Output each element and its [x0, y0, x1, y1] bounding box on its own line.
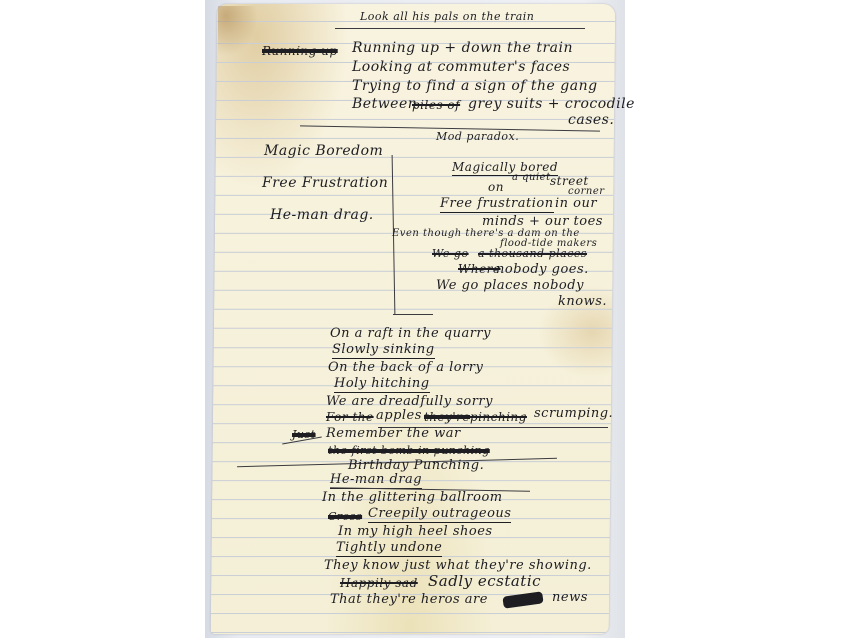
lyric-line: That they're heros are	[330, 592, 488, 607]
section-label: Mod paradox.	[436, 130, 519, 143]
lyric-line: Birthday Punching.	[348, 458, 484, 473]
lyric-line: nobody goes.	[496, 262, 589, 277]
heading-magic-boredom: Magic Boredom	[264, 143, 383, 159]
lyric-line: on	[488, 180, 504, 194]
lyric-line: Running up + down the train	[352, 40, 573, 56]
crossed-out-word: Cross	[328, 510, 362, 523]
crossed-out-word: Where	[458, 262, 501, 276]
lyric-line: We go places nobody	[436, 278, 584, 293]
lyric-line: knows.	[558, 294, 607, 309]
crossed-out-line: the first bomb in punching	[328, 444, 490, 457]
lyric-insert: a quiet	[512, 172, 551, 183]
lyric-line: cases.	[568, 112, 614, 128]
lyric-line: They know just what they're showing.	[324, 558, 592, 573]
lyric-word: apples	[376, 408, 422, 423]
lyric-line: Sadly ecstatic	[428, 572, 541, 590]
heading-free-frustration: Free Frustration	[262, 175, 388, 191]
crossed-out-word: Happily sad	[340, 576, 418, 590]
lyric-line: in our	[555, 196, 597, 211]
lyric-line: In my high heel shoes	[338, 524, 493, 539]
lyric-line: minds + our toes	[482, 214, 603, 229]
lyric-word: scrumping.	[534, 406, 613, 421]
crossed-out-word: piles of	[412, 98, 460, 112]
lyric-line: Tightly undone	[336, 540, 442, 557]
lyric-line: Free frustration	[440, 196, 554, 213]
lyric-line: Trying to find a sign of the gang	[352, 78, 598, 94]
lyric-line: He-man drag	[330, 472, 422, 489]
crossed-out-word: pinching	[470, 410, 527, 424]
lyric-line: Between	[352, 96, 417, 112]
bracket-arrow	[393, 314, 433, 315]
crossed-out-word: For the	[326, 410, 374, 424]
crossed-out-word: they're	[424, 410, 470, 424]
lyric-line: In the glittering ballroom	[322, 490, 503, 505]
heading-he-man-drag: He-man drag.	[270, 207, 374, 223]
crossed-out-line: a thousand places	[478, 247, 587, 260]
lyric-line: On the back of a lorry	[328, 360, 483, 375]
lyric-word: news	[552, 590, 588, 605]
lyric-line: We are dreadfully sorry	[326, 394, 493, 409]
lyric-line: Looking at commuter's faces	[352, 59, 570, 75]
page-title: Look all his pals on the train	[360, 10, 534, 23]
lyric-line: Creepily outrageous	[368, 506, 511, 523]
lyric-line: Remember the war	[326, 426, 461, 441]
lyric-line: Holy hitching	[334, 376, 430, 393]
title-underline	[335, 28, 585, 29]
crossed-out-word: We go	[432, 247, 469, 260]
lyric-line: On a raft in the quarry	[330, 326, 491, 341]
lyric-line: Slowly sinking	[332, 342, 435, 359]
lyric-line: grey suits + crocodile	[468, 96, 635, 112]
margin-crossed-out: Running up	[262, 44, 338, 58]
